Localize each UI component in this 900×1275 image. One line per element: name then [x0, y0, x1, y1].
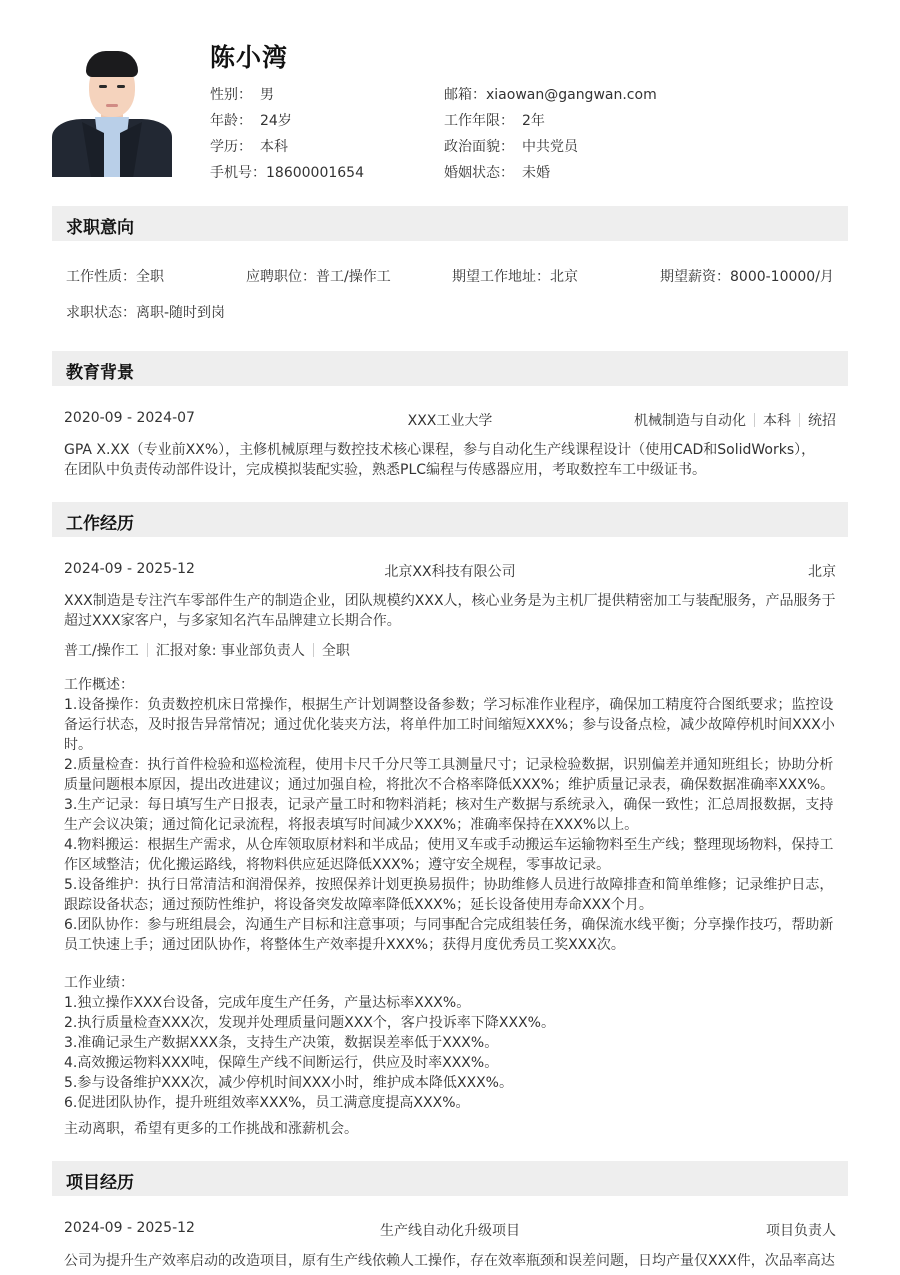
section-header-project: 项目经历: [52, 1161, 848, 1196]
education-description: GPA X.XX（专业前XX%），主修机械原理与数控技术核心课程，参与自动化生产…: [64, 440, 838, 480]
email-link[interactable]: xiaowan@gangwan.com: [486, 87, 657, 103]
company-description: XXX制造是专注汽车零部件生产的制造企业，团队规模约XXX人，核心业务是为主机厂…: [64, 591, 838, 631]
project-description: 公司为提升生产效率启动的改造项目，原有生产线依赖人工操作，存在效率瓶颈和误差问题…: [64, 1251, 838, 1271]
leave-reason: 主动离职，希望有更多的工作挑战和涨薪机会。: [64, 1119, 838, 1139]
intent-salary: 期望薪资：8000-10000/月: [660, 266, 834, 286]
info-work-years: 工作年限：2年: [444, 110, 545, 130]
resume-page: 陈小湾 性别：男 年龄：24岁 学历：本科 手机号：18600001654 邮箱…: [52, 0, 848, 190]
section-header-work: 工作经历: [52, 502, 848, 537]
section-header-job-intention: 求职意向: [52, 206, 848, 241]
education-row: 2020-09 - 2024-07 XXX工业大学 机械制造与自动化本科统招: [64, 410, 836, 430]
avatar-photo: [52, 45, 172, 177]
profile-header: 陈小湾 性别：男 年龄：24岁 学历：本科 手机号：18600001654 邮箱…: [52, 0, 848, 190]
project-row: 2024-09 - 2025-12 生产线自动化升级项目 项目负责人: [64, 1220, 836, 1240]
intent-status: 求职状态：离职-随时到岗: [66, 302, 225, 322]
intent-location: 期望工作地址：北京: [452, 266, 578, 286]
section-header-education: 教育背景: [52, 351, 848, 386]
info-education: 学历：本科: [210, 136, 288, 156]
project-role: 项目负责人: [766, 1220, 836, 1240]
candidate-name: 陈小湾: [210, 38, 288, 74]
info-political-status: 政治面貌：中共党员: [444, 136, 578, 156]
info-age: 年龄：24岁: [210, 110, 292, 130]
info-phone: 手机号：18600001654: [210, 162, 364, 182]
info-marital-status: 婚姻状态：未婚: [444, 162, 550, 182]
divider: [754, 413, 755, 427]
work-achievements: 工作业绩： 1.独立操作XXX台设备，完成年度生产任务，产量达标率XXX%。 2…: [64, 973, 838, 1113]
divider: [799, 413, 800, 427]
work-city: 北京: [808, 561, 836, 581]
divider: [147, 643, 148, 657]
project-name: 生产线自动化升级项目: [64, 1220, 836, 1240]
work-row: 2024-09 - 2025-12 北京XX科技有限公司 北京: [64, 561, 836, 581]
work-overview: 工作概述： 1.设备操作：负责数控机床日常操作，根据生产计划调整设备参数；学习标…: [64, 675, 838, 955]
info-email: 邮箱：xiaowan@gangwan.com: [444, 84, 657, 104]
work-company: 北京XX科技有限公司: [64, 561, 836, 581]
divider: [313, 643, 314, 657]
work-position-info: 普工/操作工汇报对象: 事业部负责人全职: [64, 640, 350, 660]
intent-position: 应聘职位：普工/操作工: [246, 266, 391, 286]
info-gender: 性别：男: [210, 84, 274, 104]
education-major-info: 机械制造与自动化本科统招: [634, 410, 836, 430]
intent-work-type: 工作性质：全职: [66, 266, 164, 286]
